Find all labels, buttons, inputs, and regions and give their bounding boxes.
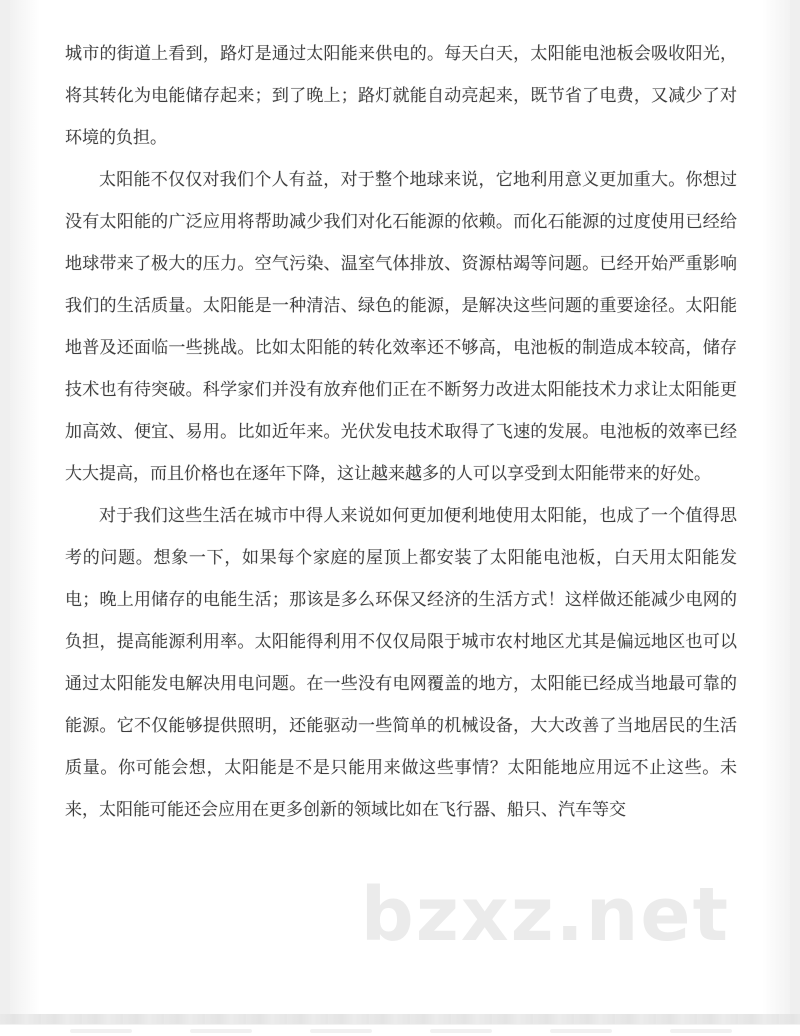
bottom-scan-band xyxy=(0,1014,800,1025)
thumbnail-ghost xyxy=(190,1029,252,1033)
thumbnail-strip xyxy=(0,1025,800,1036)
thumbnail-ghost xyxy=(550,1029,612,1033)
paragraph-solar-daily-life: 对于我们这些生活在城市中得人来说如何更加便利地使用太阳能，也成了一个值得思考的问… xyxy=(65,495,737,831)
left-page-margin xyxy=(10,0,40,1036)
thumbnail-ghost xyxy=(670,1029,732,1033)
thumbnail-ghost xyxy=(70,1029,132,1033)
thumbnail-ghost xyxy=(430,1029,492,1033)
paragraph-solar-global-benefit: 太阳能不仅仅对我们个人有益，对于整个地球来说，它地利用意义更加重大。你想过没有太… xyxy=(65,159,737,495)
document-body-text: 城市的街道上看到，路灯是通过太阳能来供电的。每天白天，太阳能电池板会吸收阳光，将… xyxy=(65,33,737,831)
thumbnail-ghost xyxy=(310,1029,372,1033)
paragraph-continuation: 城市的街道上看到，路灯是通过太阳能来供电的。每天白天，太阳能电池板会吸收阳光，将… xyxy=(65,33,737,159)
right-page-margin xyxy=(762,0,790,1036)
site-watermark: bzxz.net xyxy=(361,878,730,952)
